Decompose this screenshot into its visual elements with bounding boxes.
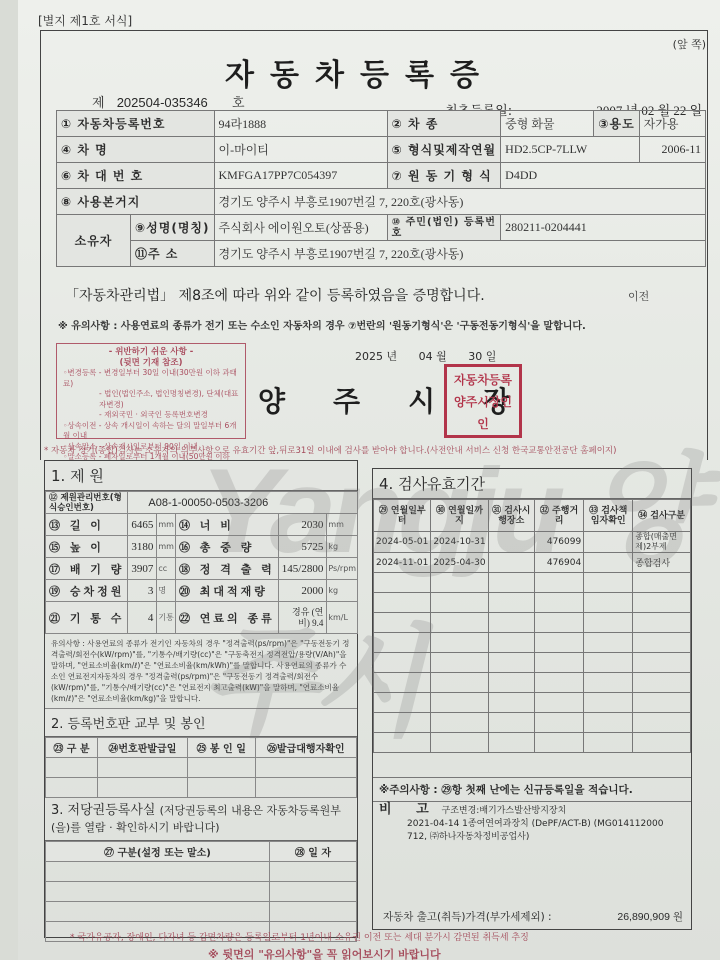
vin-label: ⑥ 차 대 번 호 <box>57 163 215 189</box>
reg-number-value: 202504-035346 <box>117 95 208 110</box>
plate-issue-header: ㉕ 봉 인 일 <box>187 738 255 758</box>
spec-value: 145/2800 <box>278 558 327 580</box>
base-value: 경기도 양주시 부흥로1907번길 7, 220호(광사동) <box>214 189 705 215</box>
table-row: 2024-11-01 2025-04-30 476904 종합검사 <box>374 553 691 573</box>
type-label: ② 차 종 <box>387 111 500 137</box>
violation-title: - 위반하기 쉬운 사항 - <box>63 347 239 358</box>
inspection-cell: 2025-04-30 <box>431 553 488 573</box>
spec-label: ⑲ 승차정원 <box>46 580 128 602</box>
use-label: ③용도 <box>594 111 639 137</box>
spec-row: ㉑ 기 통 수 4 기통 ㉒ 연료의 종류 경유 (연비) 9.4 km/L <box>46 602 358 634</box>
transfer-label: 이전 <box>628 288 649 304</box>
specs-note: 유의사항 : 사용연료의 종류가 전기인 자동차의 경우 "정격출력(ps/rp… <box>45 634 357 709</box>
plate-issue-table: ㉓ 구 분 ㉔번호판발급일 ㉕ 봉 인 일 ㉖발급대행자확인 <box>45 737 357 798</box>
plate-issue-header: ㉖발급대행자확인 <box>255 738 357 758</box>
spec-value: 3 <box>128 580 157 602</box>
spec-row: ⑬ 길 이 6465 mm ⑭ 너 비 2030 mm <box>46 514 358 536</box>
remarks-line: 구조변경:배기가스발산방지장치 <box>442 806 567 816</box>
owner-side-label: 소유자 <box>57 215 131 267</box>
plate-issue-header: ㉓ 구 분 <box>46 738 98 758</box>
reg-prefix: 제 <box>92 96 105 111</box>
inspection-header: ㉚ 연월일까지 <box>431 500 488 532</box>
base-label: ⑧ 사용본거지 <box>57 189 215 215</box>
inspection-cell: 종합(매출면제)2부제 <box>633 532 691 553</box>
issue-year: 2025 년 <box>355 350 397 363</box>
remarks: 비 고 구조변경:배기가스발산방지장치 2021-04-14 1종여연여과장치 … <box>379 803 663 844</box>
violation-item: - 재외국민 · 외국인 등록번호변경 <box>63 410 239 421</box>
inspection-caution: ※주의사항 : ㉙항 첫째 난에는 신규등록일을 적습니다. <box>373 777 691 802</box>
engine-value: D4DD <box>501 163 706 189</box>
inspection-cell: 2024-11-01 <box>374 553 431 573</box>
inspection-cell <box>584 532 633 553</box>
mortgage-title-block: 3. 저당권등록사실 (저당권등록의 내용은 자동차등록원부(을)를 열람 · … <box>45 798 357 841</box>
plate-issue-header: ㉔번호판발급일 <box>97 738 187 758</box>
seal-line: 양주시장인 <box>447 391 519 413</box>
approval-value: A08-1-00050-0503-3206 <box>128 492 358 514</box>
violation-item: - 법인(법인주소, 법인명칭변경), 단체(대표자변경) <box>63 389 239 410</box>
table-row <box>374 673 691 693</box>
inspection-cell <box>488 532 534 553</box>
spec-value: 2000 <box>278 580 327 602</box>
mortgage-table: ㉗ 구분(설정 또는 말소) ㉘ 일 자 <box>45 841 357 942</box>
spec-unit: Ps/rpm <box>327 558 358 580</box>
read-back-note: ※ 뒷면의 "유의사항"을 꼭 읽어보시기 바랍니다 <box>208 946 441 960</box>
inspection-cell: 2024-05-01 <box>374 532 431 553</box>
violation-subtitle: (뒷면 기재 참조) <box>63 358 239 369</box>
inspection-header: ㉞ 검사구분 <box>633 500 691 532</box>
official-seal-icon: 자동차등록 양주시장인 인 <box>444 364 522 438</box>
table-row <box>374 633 691 653</box>
fuel-note: ※ 유의사항 : 사용연료의 종류가 전기 또는 수소인 자동차의 경우 ⑦번란… <box>58 317 586 332</box>
price-value: 26,890,909 원 <box>617 909 683 924</box>
certification-statement: 「자동차관리법」 제8조에 따라 위와 같이 등록하였음을 증명합니다. <box>65 285 485 305</box>
specs-table: ⑫ 제원관리번호(형식승인번호) A08-1-00050-0503-3206 ⑬… <box>45 491 358 634</box>
spec-value: 3180 <box>128 536 157 558</box>
table-row <box>374 613 691 633</box>
owner-name-label: ⑨성명(명칭) <box>131 215 215 241</box>
use-value: 자가용 <box>639 111 705 137</box>
inspection-cell: 종합검사 <box>633 553 691 573</box>
spec-unit: km/L <box>327 602 358 634</box>
spec-unit: cc <box>157 558 176 580</box>
table-row <box>374 573 691 593</box>
spec-row: ⑲ 승차정원 3 명 ⑳ 최대적재량 2000 kg <box>46 580 358 602</box>
inspection-cell <box>488 553 534 573</box>
spec-row: ⑮ 높 이 3180 mm ⑯ 총 중 량 5725 kg <box>46 536 358 558</box>
inspection-table: ㉙ 연월일부터 ㉚ 연월일까지 ㉛ 검사시행장소 ㉜ 주행거리 ㉝ 검사책임자확… <box>373 499 691 753</box>
spec-value: 경유 (연비) 9.4 <box>278 602 327 634</box>
vehicle-info-table: ① 자동차등록번호 94라1888 ② 차 종 중형 화물 ③용도 자가용 ④ … <box>56 110 706 267</box>
spec-label: ㉑ 기 통 수 <box>46 602 128 634</box>
vin-value: KMFGA17PP7C054397 <box>214 163 387 189</box>
inspection-header: ㉝ 검사책임자확인 <box>584 500 633 532</box>
mortgage-title: 3. 저당권등록사실 <box>51 803 155 818</box>
spec-value: 2030 <box>278 514 327 536</box>
table-row <box>46 882 357 902</box>
type-value: 중형 화물 <box>501 111 594 137</box>
spec-unit: kg <box>327 536 358 558</box>
tax-exemption-note: * 국가유공자, 장애인, 다자녀 등 감면차량은 등록일로부터 1년이내 소유… <box>70 930 529 943</box>
spec-label: ⑬ 길 이 <box>46 514 128 536</box>
spec-unit: 명 <box>157 580 176 602</box>
table-row <box>374 733 691 753</box>
issue-date: 2025 년 04 월 30 일 <box>355 348 514 364</box>
inspection-header: ㉙ 연월일부터 <box>374 500 431 532</box>
owner-addr-value: 경기도 양주시 부흥로1907번길 7, 220호(광사동) <box>214 241 705 267</box>
remarks-line: 2021-04-14 1종여연여과장치 (DePF/ACT-B) (MG0141… <box>379 818 663 831</box>
seal-line: 자동차등록 <box>447 369 519 391</box>
inspection-title: 4. 검사유효기간 <box>373 469 691 499</box>
document-title: 자동차등록증 <box>0 50 720 94</box>
violation-box: - 위반하기 쉬운 사항 - (뒷면 기재 참조) ◦변경등록 - 변경일부터 … <box>56 343 246 439</box>
violation-item: ◦변경등록 - 변경일부터 30일 이내(30만원 이하 과태료) <box>63 368 239 389</box>
plate-value: 94라1888 <box>214 111 387 137</box>
remarks-line: 712, ㈜하나자동차정비공업사) <box>379 831 663 844</box>
violation-item: ◦상속이전 - 상속 개시일이 속하는 달의 말일부터 6개월 이내 <box>63 421 239 442</box>
spec-value: 4 <box>128 602 157 634</box>
spec-value: 6465 <box>128 514 157 536</box>
model-value: HD2.5CP-7LLW <box>501 137 640 163</box>
spec-label: ⑮ 높 이 <box>46 536 128 558</box>
plate-label: ① 자동차등록번호 <box>57 111 215 137</box>
table-row <box>46 778 357 798</box>
table-row <box>46 758 357 778</box>
spec-label: ⑰ 배 기 량 <box>46 558 128 580</box>
table-row <box>46 902 357 922</box>
plate-issue-title: 2. 등록번호판 교부 및 봉인 <box>45 709 357 737</box>
inspection-cell: 476099 <box>534 532 583 553</box>
price-label: 자동차 출고(취득)가격(부가세제외) : <box>383 911 552 923</box>
issue-day: 30 일 <box>468 350 496 363</box>
registration-number: 제 202504-035346 호 <box>92 92 245 111</box>
owner-id-label: ⑩ 주민(법인) 등록번호 <box>387 215 500 241</box>
table-row <box>374 713 691 733</box>
owner-name-value: 주식회사 에이원오토(상품용) <box>214 215 387 241</box>
table-row <box>374 693 691 713</box>
table-row <box>46 862 357 882</box>
reg-suffix: 호 <box>232 96 245 111</box>
right-section: 4. 검사유효기간 ㉙ 연월일부터 ㉚ 연월일까지 ㉛ 검사시행장소 ㉜ 주행거… <box>372 468 692 930</box>
issue-month: 04 월 <box>419 350 447 363</box>
mortgage-header: ㉗ 구분(설정 또는 말소) <box>46 842 270 862</box>
spec-unit: mm <box>327 514 358 536</box>
name-label: ④ 차 명 <box>57 137 215 163</box>
spec-row: ⑰ 배 기 량 3907 cc ⑱ 정 격 출 력 145/2800 Ps/rp… <box>46 558 358 580</box>
seal-line: 인 <box>447 413 519 435</box>
spec-label: ⑯ 총 중 량 <box>175 536 278 558</box>
spec-unit: 기통 <box>157 602 176 634</box>
owner-addr-label: ⑪주 소 <box>131 241 215 267</box>
model-label: ⑤ 형식및제작연월 <box>387 137 500 163</box>
owner-id-value: 280211-0204441 <box>501 215 706 241</box>
inspection-cell: 476904 <box>534 553 583 573</box>
mortgage-header: ㉘ 일 자 <box>269 842 356 862</box>
spec-value: 3907 <box>128 558 157 580</box>
engine-label: ⑦ 원 동 기 형 식 <box>387 163 500 189</box>
name-value: 이-마이티 <box>214 137 387 163</box>
inspection-cell <box>584 553 633 573</box>
spec-value: 5725 <box>278 536 327 558</box>
model-date: 2006-11 <box>639 137 705 163</box>
specs-title: 1. 제 원 <box>45 461 357 491</box>
spec-label: ⑭ 너 비 <box>175 514 278 536</box>
table-row <box>374 593 691 613</box>
spec-label: ⑱ 정 격 출 력 <box>175 558 278 580</box>
spec-unit: kg <box>327 580 358 602</box>
spec-unit: mm <box>157 536 176 558</box>
spec-label: ⑳ 최대적재량 <box>175 580 278 602</box>
spec-unit: mm <box>157 514 176 536</box>
vehicle-price: 자동차 출고(취득)가격(부가세제외) : 26,890,909 원 <box>383 909 683 924</box>
spec-label: ㉒ 연료의 종류 <box>175 602 278 634</box>
remarks-label: 비 고 <box>379 802 439 817</box>
table-row: 2024-05-01 2024-10-31 476099 종합(매출면제)2부제 <box>374 532 691 553</box>
form-label: [별지 제1호 서식] <box>38 12 132 29</box>
inspection-notice: * 자동차 정기(종합)검사는 소유자의 의무사항으로 유효기간 앞,뒤로31일… <box>44 444 616 456</box>
inspection-header: ㉛ 검사시행장소 <box>488 500 534 532</box>
inspection-cell: 2024-10-31 <box>431 532 488 553</box>
approval-label: ⑫ 제원관리번호(형식승인번호) <box>46 492 128 514</box>
table-row <box>374 653 691 673</box>
left-section: 1. 제 원 ⑫ 제원관리번호(형식승인번호) A08-1-00050-0503… <box>44 460 358 938</box>
inspection-header: ㉜ 주행거리 <box>534 500 583 532</box>
